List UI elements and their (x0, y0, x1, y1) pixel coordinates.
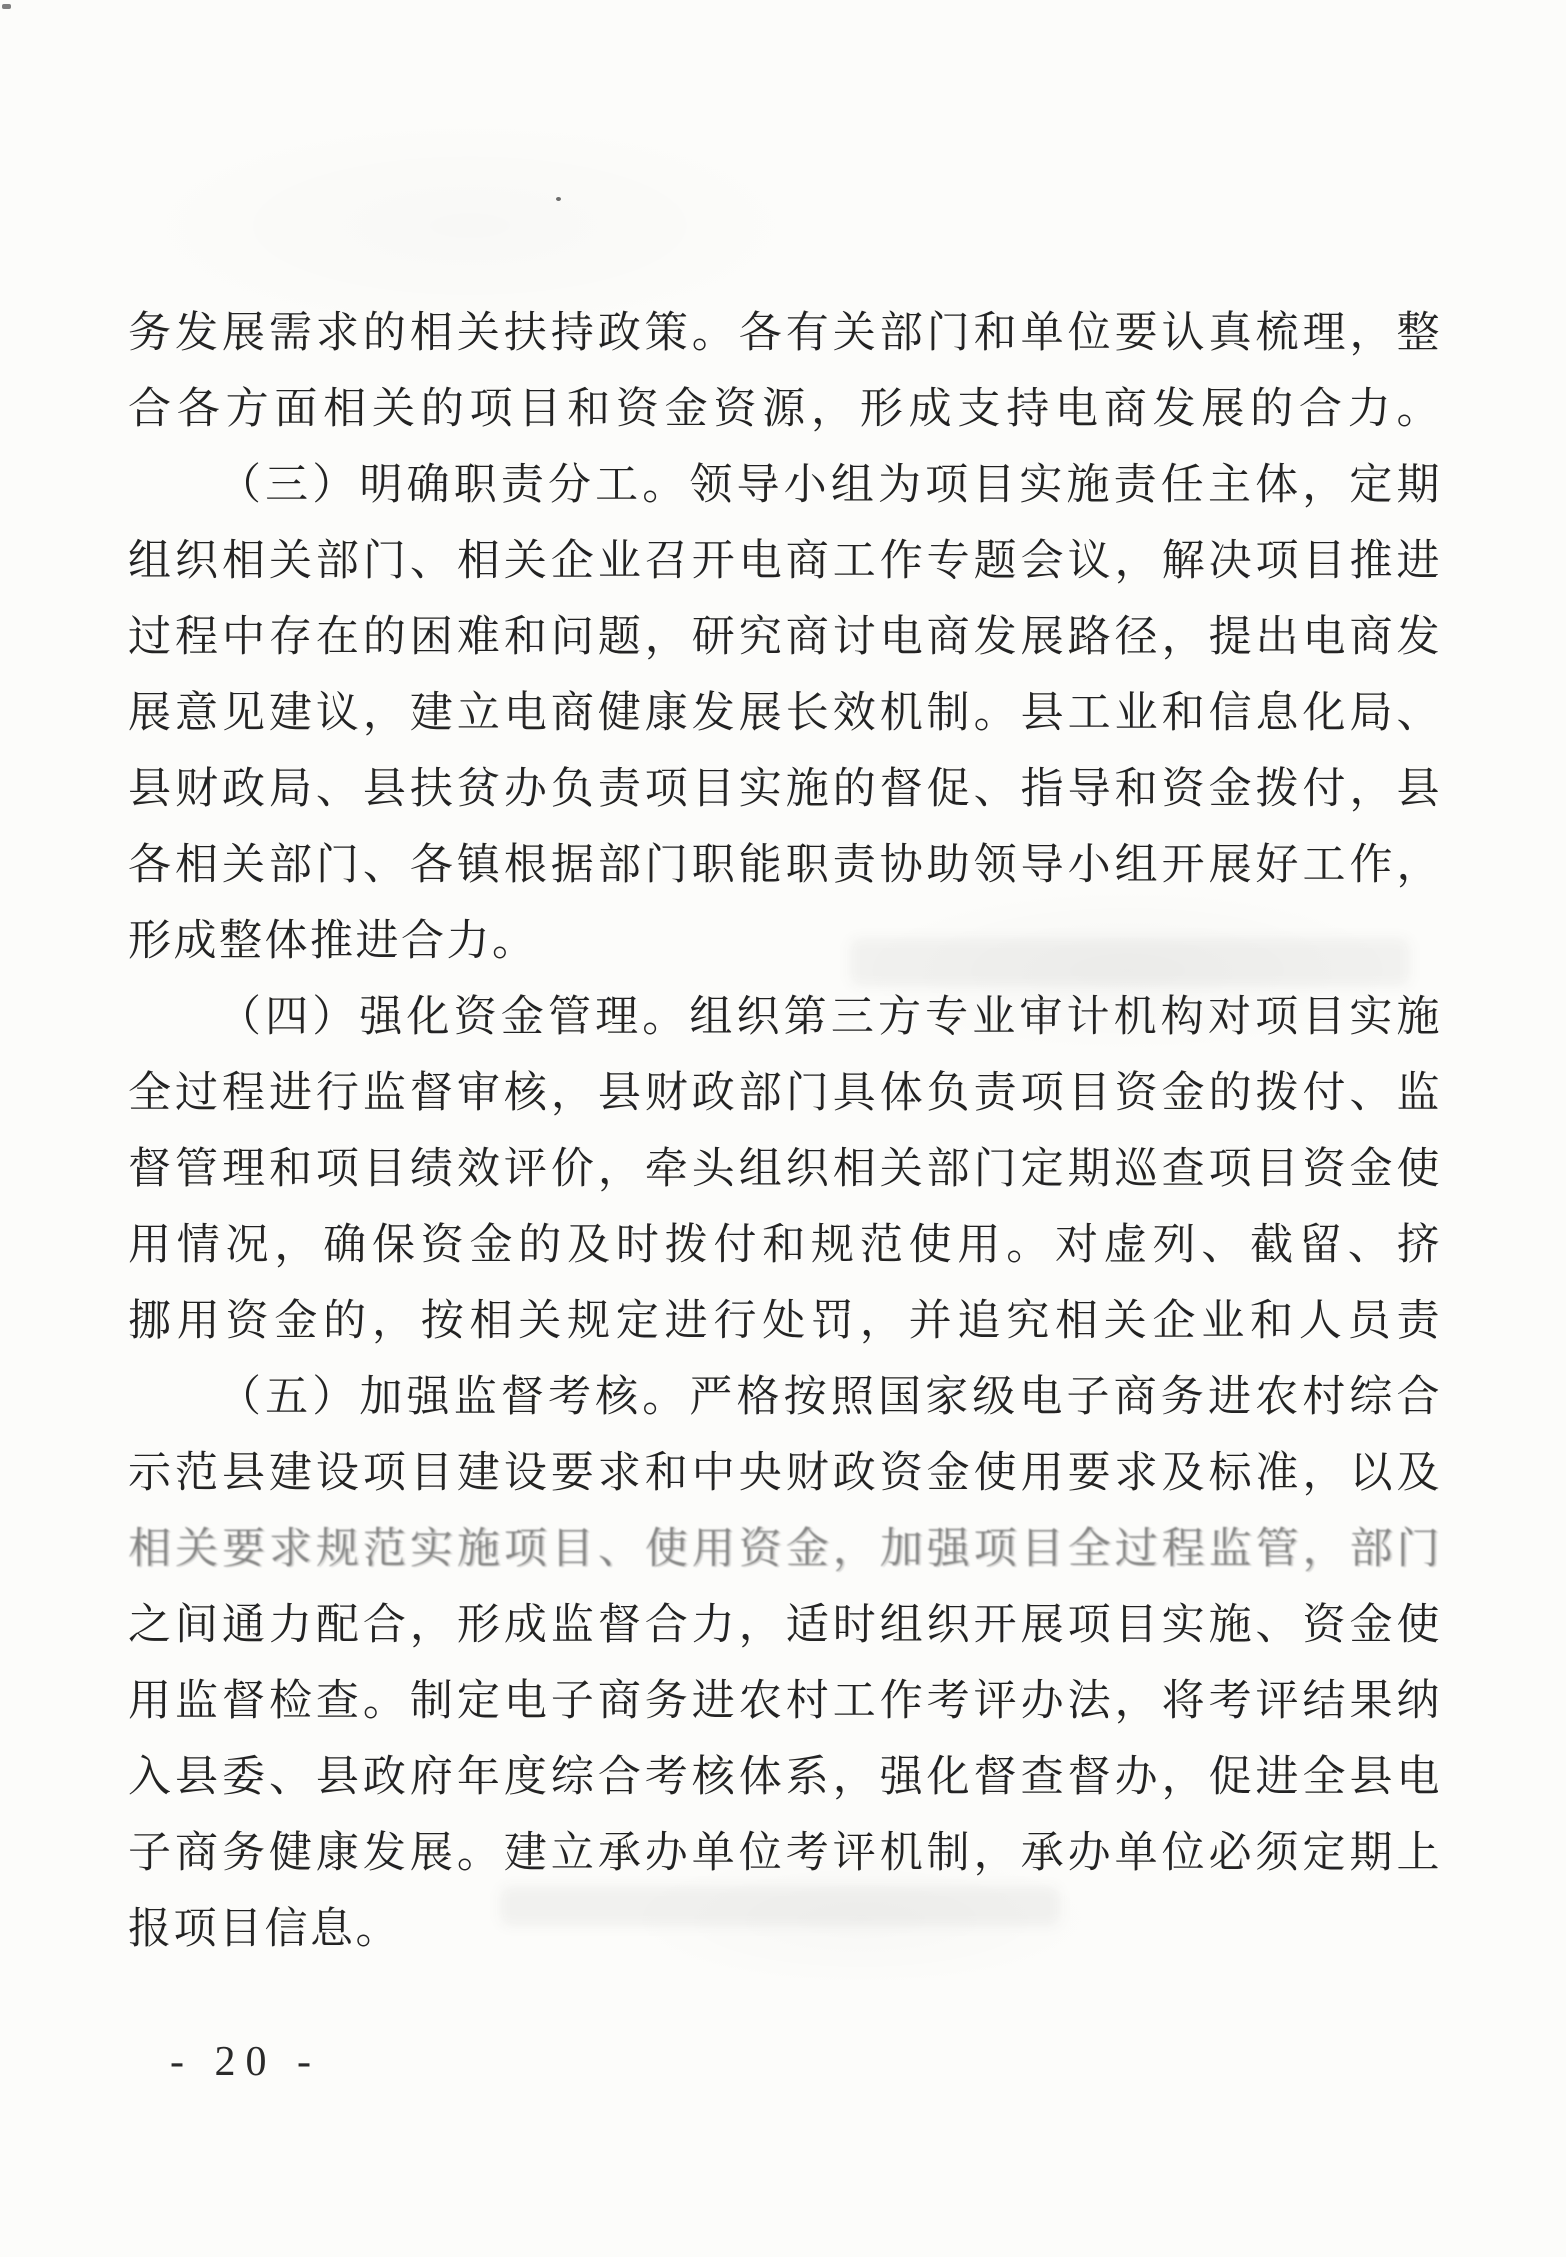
text-line: 过程中存在的困难和问题，研究商讨电商发展路径，提出电商发 (128, 600, 1442, 676)
text-line: 报项目信息。 (128, 1892, 1442, 1968)
text-line-paragraph-start: （三）明确职责分工。领导小组为项目实施责任主体，定期 (128, 448, 1442, 524)
text-line: 合各方面相关的项目和资金资源，形成支持电商发展的合力。 (128, 372, 1442, 448)
text-line: 子商务健康发展。建立承办单位考评机制，承办单位必须定期上 (128, 1816, 1442, 1892)
text-line: 形成整体推进合力。 (128, 904, 1442, 980)
document-body: 务发展需求的相关扶持政策。各有关部门和单位要认真梳理，整 合各方面相关的项目和资… (128, 296, 1442, 1968)
text-line: 示范县建设项目建设要求和中央财政资金使用要求及标准，以及 (128, 1436, 1442, 1512)
text-line-paragraph-start: （五）加强监督考核。严格按照国家级电子商务进农村综合 (128, 1360, 1442, 1436)
scan-speck (2, 4, 11, 9)
text-line: 全过程进行监督审核，县财政部门具体负责项目资金的拨付、监 (128, 1056, 1442, 1132)
text-line: 督管理和项目绩效评价，牵头组织相关部门定期巡查项目资金使 (128, 1132, 1442, 1208)
text-line: 务发展需求的相关扶持政策。各有关部门和单位要认真梳理，整 (128, 296, 1442, 372)
text-line: 展意见建议，建立电商健康发展长效机制。县工业和信息化局、 (128, 676, 1442, 752)
text-line: 入县委、县政府年度综合考核体系，强化督查督办，促进全县电 (128, 1740, 1442, 1816)
scan-speck (556, 197, 561, 201)
text-line-faded-scan: 相关要求规范实施项目、使用资金，加强项目全过程监管，部门 (128, 1512, 1442, 1588)
page-number: - 20 - (170, 2032, 321, 2092)
text-line: 之间通力配合，形成监督合力，适时组织开展项目实施、资金使 (128, 1588, 1442, 1664)
scanned-document-page: 务发展需求的相关扶持政策。各有关部门和单位要认真梳理，整 合各方面相关的项目和资… (0, 0, 1566, 2257)
text-line: 挪用资金的，按相关规定进行处罚，并追究相关企业和人员责任。 (128, 1284, 1442, 1360)
text-line: 用情况，确保资金的及时拨付和规范使用。对虚列、截留、挤占、 (128, 1208, 1442, 1284)
text-line: 各相关部门、各镇根据部门职能职责协助领导小组开展好工作， (128, 828, 1442, 904)
text-line: 用监督检查。制定电子商务进农村工作考评办法，将考评结果纳 (128, 1664, 1442, 1740)
text-line: 县财政局、县扶贫办负责项目实施的督促、指导和资金拨付，县 (128, 752, 1442, 828)
text-line: 组织相关部门、相关企业召开电商工作专题会议，解决项目推进 (128, 524, 1442, 600)
text-line-paragraph-start: （四）强化资金管理。组织第三方专业审计机构对项目实施 (128, 980, 1442, 1056)
